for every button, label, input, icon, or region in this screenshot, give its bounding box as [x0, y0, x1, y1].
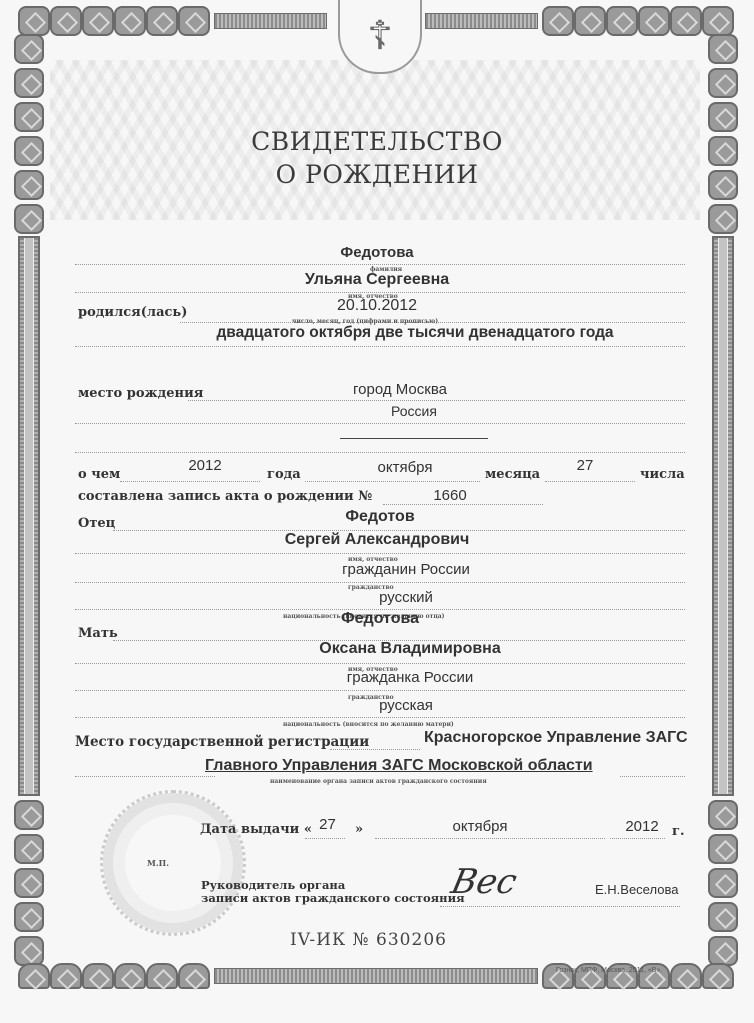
- registration-office-caption: наименование органа записи актов граждан…: [270, 778, 487, 785]
- right-border-medallions-bottom: [708, 800, 738, 970]
- birth-date-words: двадцатого октября две тысячи двенадцато…: [205, 324, 625, 342]
- birthplace-country: Россия: [0, 403, 754, 419]
- father-citizenship: гражданин России: [0, 561, 754, 578]
- official-stamp: [100, 790, 246, 936]
- signature: Вес: [448, 862, 521, 902]
- record-month: октября: [350, 459, 460, 476]
- mother-nationality-caption: национальность (вносится по желанию мате…: [283, 721, 454, 728]
- head-label-line2: записи актов гражданского состояния: [201, 891, 465, 905]
- issue-close-quote: »: [355, 822, 363, 837]
- about-label: о чем: [78, 467, 120, 482]
- record-year: 2012: [170, 457, 240, 474]
- mother-citizenship: гражданка России: [0, 669, 754, 686]
- year-label: года: [267, 467, 301, 482]
- birthplace-city: город Москва: [0, 381, 754, 398]
- head-label-line1: Руководитель органа: [201, 878, 345, 892]
- issue-year: 2012: [612, 818, 672, 835]
- act-number: 1660: [410, 487, 490, 504]
- issue-day: 27: [305, 816, 350, 833]
- act-label: составлена запись акта о рождении №: [78, 489, 372, 504]
- father-label: Отец: [78, 516, 115, 531]
- registration-office-line1: Красногорское Управление ЗАГС: [424, 729, 688, 747]
- issue-year-suffix: г.: [672, 824, 685, 839]
- birth-certificate: ☦ СВИДЕТЕЛЬСТВО О РОЖДЕНИИ Федотова фами…: [0, 0, 754, 1023]
- father-nationality: русский: [0, 589, 754, 606]
- document-subtitle: О РОЖДЕНИИ: [0, 160, 754, 189]
- serial-number: IV-ИК № 630206: [290, 930, 447, 950]
- left-border-medallions-bottom: [14, 800, 44, 970]
- document-title: СВИДЕТЕЛЬСТВО: [0, 127, 754, 156]
- mother-name: Оксана Владимировна: [0, 640, 754, 658]
- month-label: месяца: [485, 467, 540, 482]
- stamp-label: М.П.: [147, 858, 169, 868]
- issue-date-label: Дата выдачи «: [200, 822, 312, 837]
- registration-office-line2: Главного Управления ЗАГС Московской обла…: [205, 757, 593, 775]
- registration-label: Место государственной регистрации: [75, 734, 369, 750]
- mother-nationality: русская: [0, 697, 754, 714]
- coat-of-arms-icon: ☦: [338, 0, 422, 74]
- mother-label: Мать: [78, 626, 118, 641]
- head-name: Е.Н.Веселова: [595, 882, 678, 897]
- child-surname: Федотова: [0, 244, 754, 261]
- child-name: Ульяна Сергеевна: [0, 271, 754, 289]
- record-day: 27: [560, 457, 610, 474]
- father-name: Сергей Александрович: [0, 531, 754, 549]
- day-label: числа: [640, 467, 685, 482]
- issue-month: октября: [420, 818, 540, 835]
- birth-date: 20.10.2012: [0, 297, 754, 315]
- printer-imprint: Гознак, МПФ, Москва, 2011, «В».: [556, 967, 662, 974]
